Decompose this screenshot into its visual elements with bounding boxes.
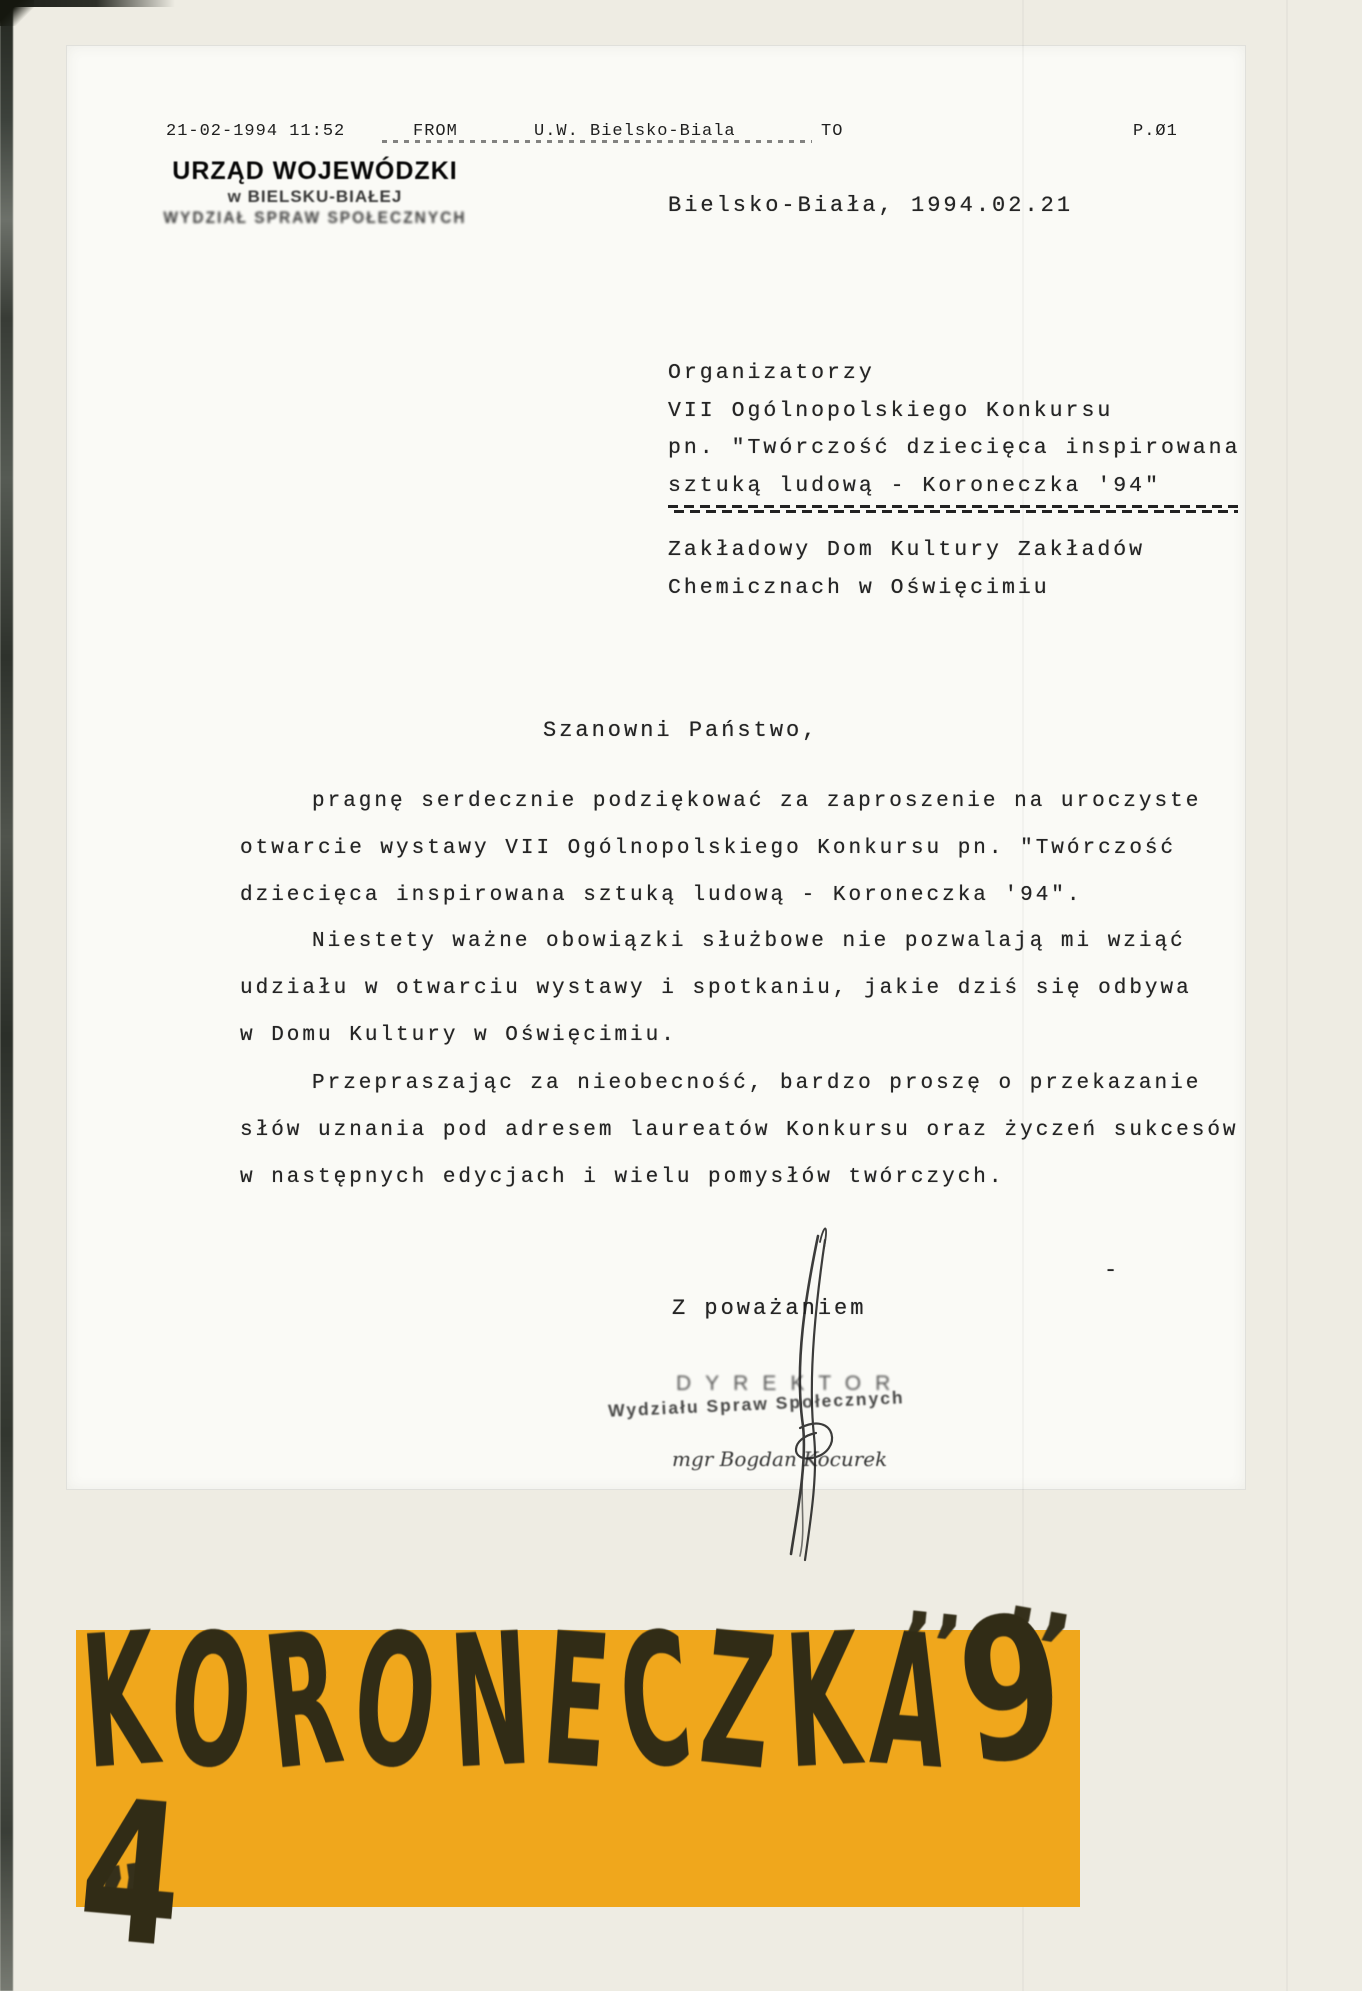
- banner-letter: E: [537, 1607, 614, 1794]
- office-stamp: URZĄD WOJEWÓDZKI w BIELSKU-BIAŁEJ WYDZIA…: [150, 157, 480, 228]
- banner-title-letters: KORONECZKA94: [76, 1599, 1080, 1939]
- banner-year-digit: 4: [73, 1772, 190, 1976]
- typed-line: w Domu Kultury w Oświęcimiu.: [240, 1012, 1192, 1059]
- typed-line: VII Ogólnopolskiego Konkursu: [668, 393, 1240, 431]
- stray-pen-mark: -: [1104, 1258, 1120, 1283]
- letter-sheet: [66, 45, 1246, 1490]
- scanner-edge-corner: [0, 0, 34, 26]
- fax-to-label: TO: [821, 122, 843, 141]
- paragraph-3: Przepraszając za nieobecność, bardzo pro…: [240, 1060, 1239, 1201]
- banner-letter: K: [781, 1607, 864, 1793]
- addressee-block: OrganizatorzyVII Ogólnopolskiego Konkurs…: [668, 355, 1240, 505]
- dashed-divider: [668, 505, 1238, 514]
- scanned-fax-letter: 21-02-1994 11:52 FROM U.W. Bielsko-Biala…: [0, 0, 1362, 1991]
- paragraph-2: Niestety ważne obowiązki służbowe nie po…: [240, 918, 1192, 1059]
- banner-letter: N: [446, 1607, 534, 1794]
- paragraph-1: pragnę serdecznie podziękować za zaprosz…: [240, 778, 1201, 919]
- handwritten-signature: [740, 1212, 920, 1572]
- typed-line: pragnę serdecznie podziękować za zaprosz…: [240, 778, 1201, 825]
- koroneczka-banner: „ ’’ ’’ KORONECZKA94: [76, 1630, 1080, 1907]
- stamp-office-name: URZĄD WOJEWÓDZKI: [150, 157, 480, 186]
- typed-line: pn. "Twórczość dziecięca inspirowana: [668, 430, 1240, 468]
- fax-page-number: P.Ø1: [1133, 122, 1178, 141]
- typed-line: dziecięca inspirowana sztuką ludową - Ko…: [240, 872, 1201, 919]
- typed-line: sztuką ludową - Koroneczka '94": [668, 468, 1240, 506]
- date-line: Bielsko-Biała, 1994.02.21: [668, 193, 1073, 218]
- paper-crease: [1286, 0, 1288, 1991]
- typed-line: Organizatorzy: [668, 355, 1240, 393]
- addressee-institution: Zakładowy Dom Kultury ZakładówChemicznac…: [668, 532, 1145, 607]
- stamp-department: WYDZIAŁ SPRAW SPOŁECZNYCH: [150, 210, 480, 229]
- stamp-city: w BIELSKU-BIAŁEJ: [150, 187, 480, 207]
- fax-datetime: 21-02-1994 11:52: [166, 122, 345, 141]
- fax-from-label: FROM: [413, 122, 458, 141]
- salutation: Szanowni Państwo,: [543, 718, 818, 743]
- typed-line: Niestety ważne obowiązki służbowe nie po…: [240, 918, 1192, 965]
- typed-line: udziału w otwarciu wystawy i spotkaniu, …: [240, 965, 1192, 1012]
- banner-letter: R: [257, 1606, 348, 1795]
- typed-line: Przepraszając za nieobecność, bardzo pro…: [240, 1060, 1239, 1107]
- banner-letter: A: [867, 1607, 953, 1795]
- banner-letter: Z: [694, 1606, 781, 1795]
- banner-letter: O: [347, 1606, 443, 1795]
- typed-line: Zakładowy Dom Kultury Zakładów: [668, 532, 1145, 570]
- fax-sender: U.W. Bielsko-Biala: [534, 122, 736, 141]
- scanner-edge-strip: [0, 0, 13, 1991]
- banner-letter: C: [613, 1606, 698, 1794]
- typed-line: Chemicznach w Oświęcimiu: [668, 570, 1145, 608]
- typed-line: słów uznania pod adresem laureatów Konku…: [240, 1107, 1239, 1154]
- typed-line: otwarcie wystawy VII Ogólnopolskiego Kon…: [240, 825, 1201, 872]
- typed-line: w następnych edycjach i wielu pomysłów t…: [240, 1154, 1239, 1201]
